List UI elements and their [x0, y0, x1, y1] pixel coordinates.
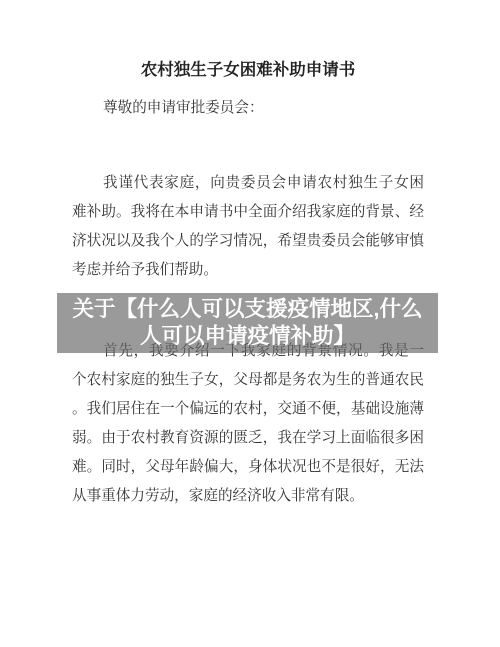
paragraph-intro: 我谨代表家庭，向贵委员会申请农村独生子女困难补助。我将在本申请书中全面介绍我家庭…: [72, 169, 424, 285]
salutation-line: 尊敬的申请审批委员会：: [72, 98, 424, 119]
document-title: 农村独生子女困难补助申请书: [72, 60, 424, 81]
ad-overlay-banner[interactable]: 关于【什么人可以支援疫情地区,什么人可以申请疫情补助】: [57, 293, 438, 353]
document-page: 农村独生子女困难补助申请书 尊敬的申请审批委员会： 我谨代表家庭，向贵委员会申请…: [0, 0, 500, 647]
paragraph-family-background: 首先，我要介绍一下我家庭的背景情况。我是一个农村家庭的独生子女，父母都是务农为生…: [72, 337, 424, 511]
document-content: 农村独生子女困难补助申请书 尊敬的申请审批委员会： 我谨代表家庭，向贵委员会申请…: [0, 0, 500, 511]
ad-overlay-text: 关于【什么人可以支援疫情地区,什么人可以申请疫情补助】: [62, 296, 433, 350]
